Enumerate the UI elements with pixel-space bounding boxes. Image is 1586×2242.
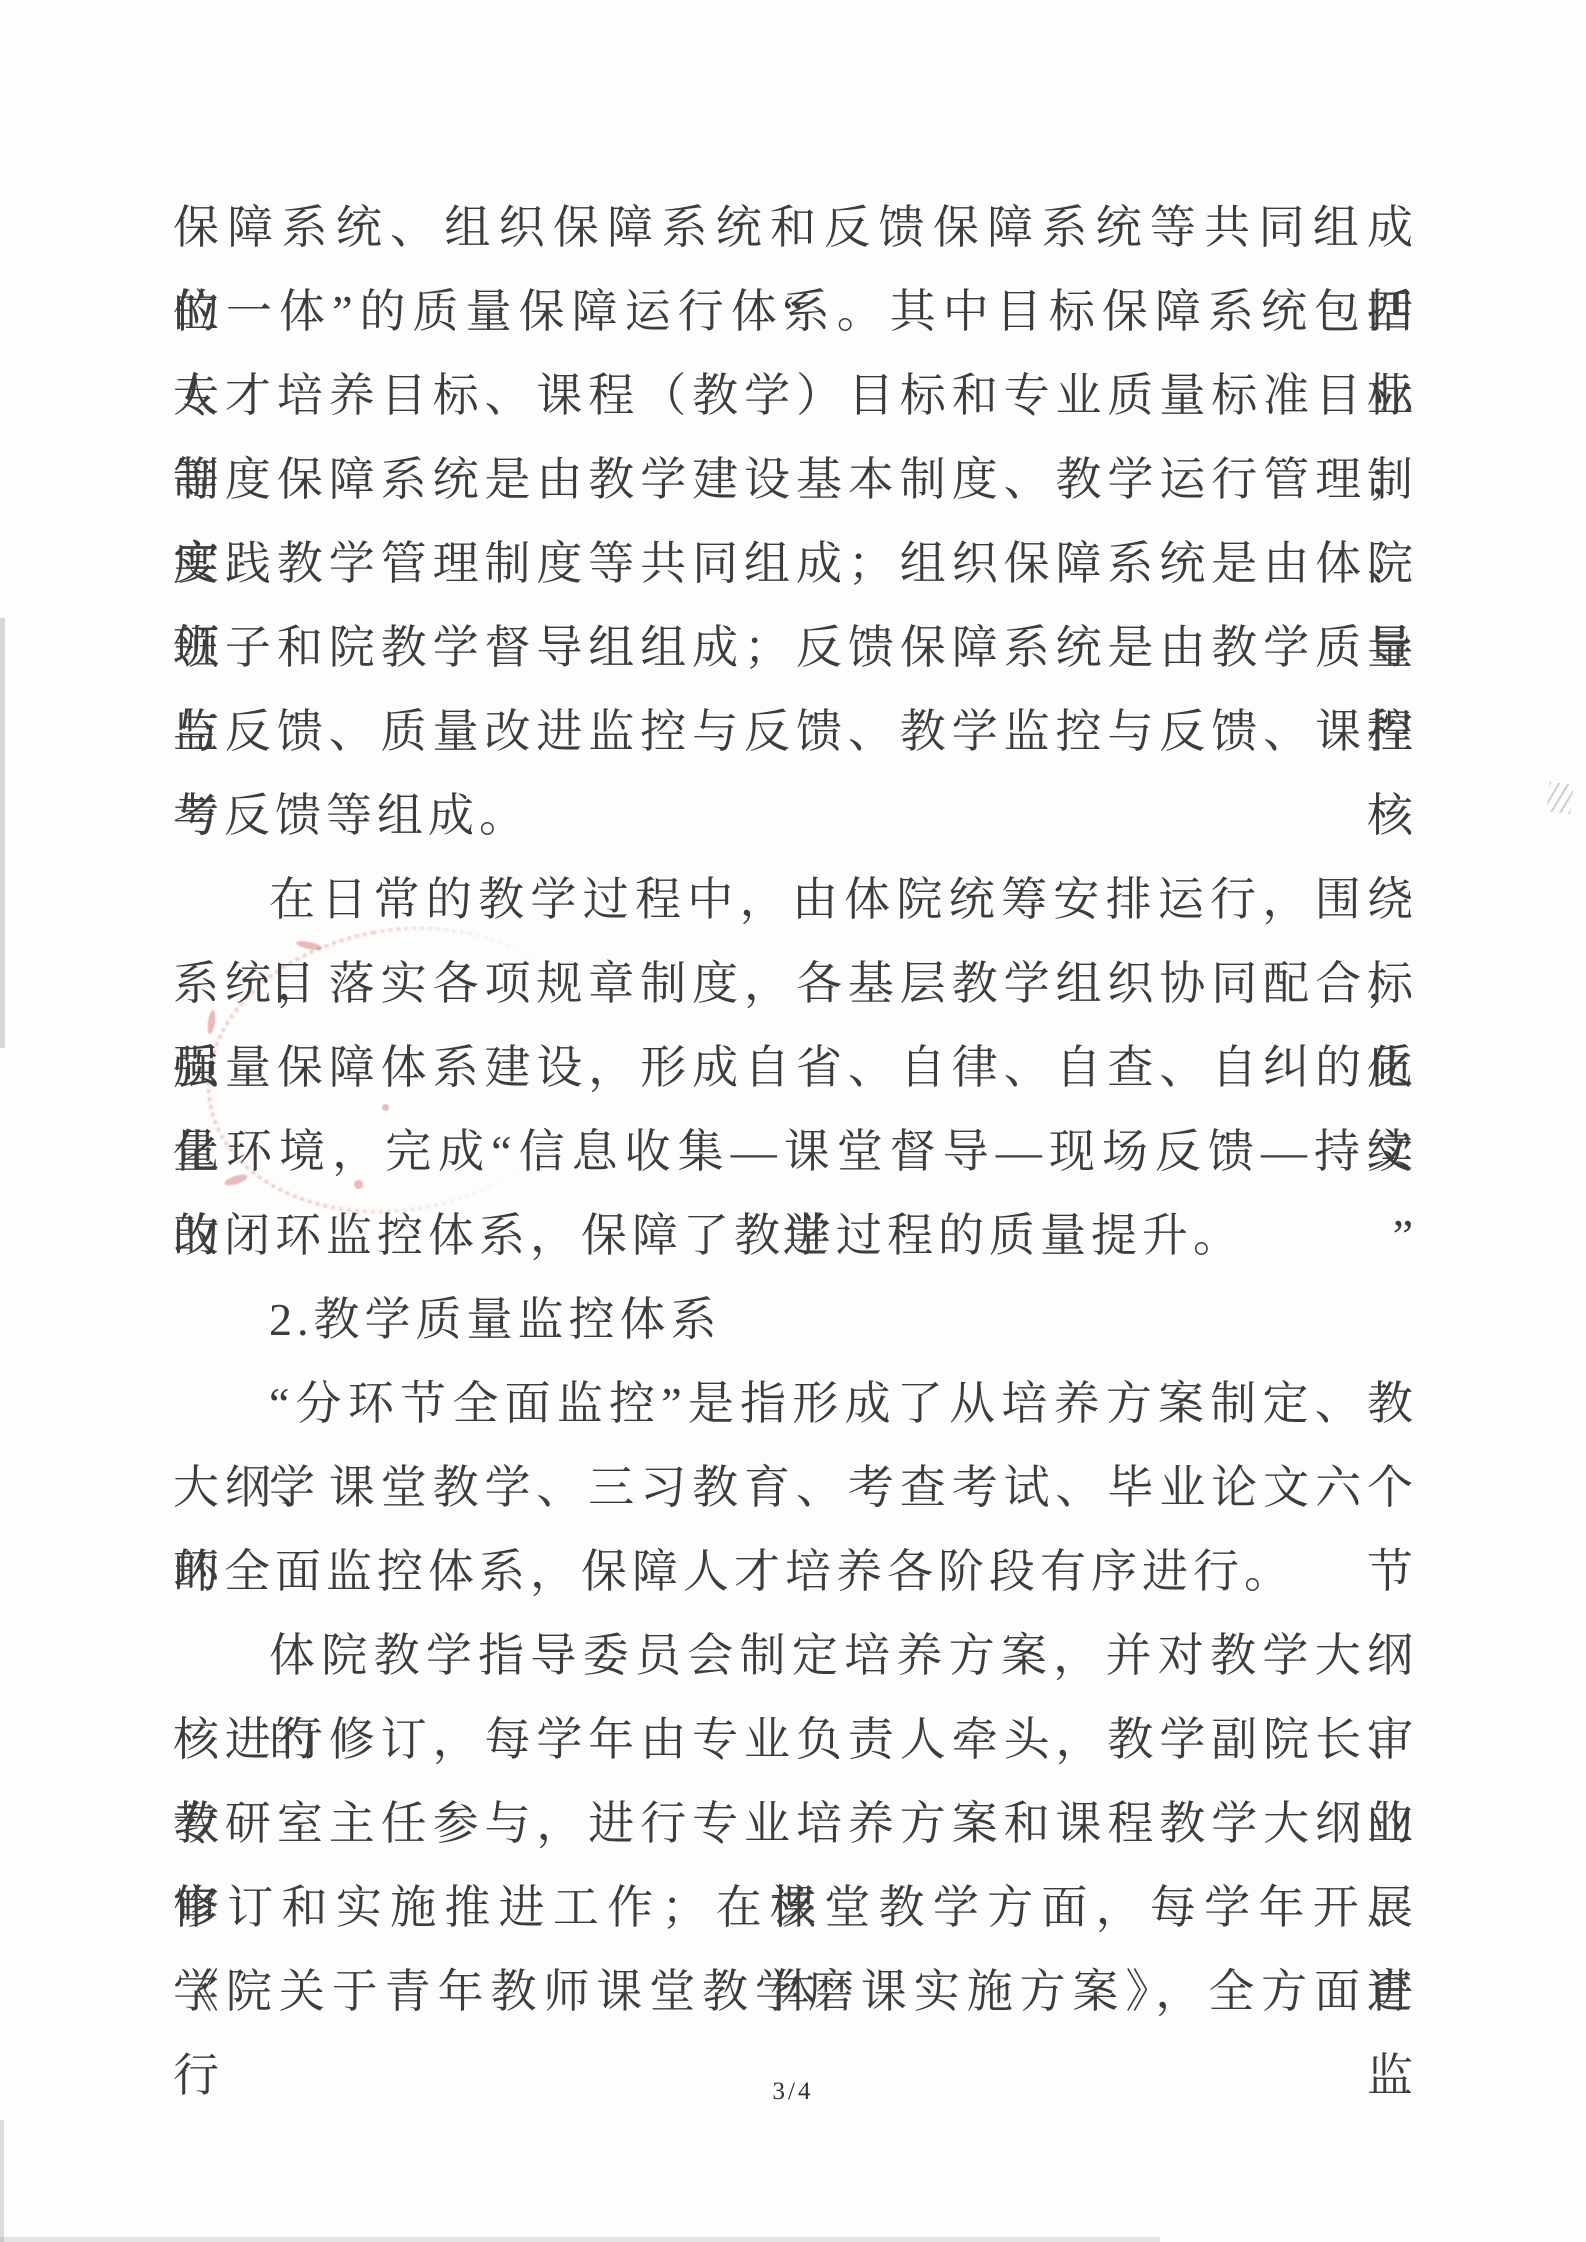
text-line: 学院关于青年教师课堂教学磨课实施方案》，全方面进行监 xyxy=(173,1950,1418,2034)
text-line: 人才培养目标、课程（教学）目标和专业质量标准目标等； xyxy=(173,354,1418,438)
text-line: 位一体”的质量保障运行体系。其中目标保障系统包括专业 xyxy=(173,270,1418,354)
page-number: 3/4 xyxy=(0,2078,1586,2106)
text-line: 的全面监控体系，保障人才培养各阶段有序进行。 xyxy=(173,1530,1418,1614)
text-line: 核进行修订，每学年由专业负责人牵头，教学副院长、专业 xyxy=(173,1698,1418,1782)
text-line: 教研室主任参与，进行专业培养方案和课程教学大纲的审核、 xyxy=(173,1782,1418,1866)
document-page: 保障系统、组织保障系统和反馈保障系统等共同组成的“四位一体”的质量保障运行体系。… xyxy=(0,0,1586,2242)
para-teaching-steering-committee: 体院教学指导委员会制定培养方案，并对教学大纲的审核进行修订，每学年由专业负责人牵… xyxy=(173,1614,1418,2034)
text-line: 大纲、课堂教学、三习教育、考查考试、毕业论文六个环节 xyxy=(173,1446,1418,1530)
para-four-in-one-quality-assurance: 保障系统、组织保障系统和反馈保障系统等共同组成的“四位一体”的质量保障运行体系。… xyxy=(173,186,1418,858)
scan-edge-artifact xyxy=(0,618,5,1048)
text-line: 2.教学质量监控体系 xyxy=(173,1278,1418,1362)
text-line: 系统，落实各项规章制度，各基层教学组织协同配合，强化 xyxy=(173,942,1418,1026)
heading-teaching-quality-monitoring-system: 2.教学质量监控体系 xyxy=(173,1278,1418,1362)
text-line: 质量保障体系建设，形成自省、自律、自查、自纠的质量文 xyxy=(173,1026,1418,1110)
text-line: 体院教学指导委员会制定培养方案，并对教学大纲的审 xyxy=(173,1614,1418,1698)
margin-smudge xyxy=(1546,782,1573,814)
text-line: 与反馈、质量改进监控与反馈、教学监控与反馈、课程考核 xyxy=(173,690,1418,774)
text-line: 化环境，完成“信息收集—课堂督导—现场反馈—持续改进” xyxy=(173,1110,1418,1194)
text-line: 保障系统、组织保障系统和反馈保障系统等共同组成的“四 xyxy=(173,186,1418,270)
para-daily-teaching-process: 在日常的教学过程中，由体院统筹安排运行，围绕目标系统，落实各项规章制度，各基层教… xyxy=(173,858,1418,1278)
scan-edge-artifact xyxy=(0,2237,1160,2242)
text-block: 保障系统、组织保障系统和反馈保障系统等共同组成的“四位一体”的质量保障运行体系。… xyxy=(173,186,1418,2034)
para-full-process-monitoring: “分环节全面监控”是指形成了从培养方案制定、教学大纲、课堂教学、三习教育、考查考… xyxy=(173,1362,1418,1614)
text-line: 班子和院教学督导组组成；反馈保障系统是由教学质量监控 xyxy=(173,606,1418,690)
text-line: 的闭环监控体系，保障了教学过程的质量提升。 xyxy=(173,1194,1418,1278)
text-line: “分环节全面监控”是指形成了从培养方案制定、教学 xyxy=(173,1362,1418,1446)
text-line: 制度保障系统是由教学建设基本制度、教学运行管理制度、 xyxy=(173,438,1418,522)
scan-edge-artifact xyxy=(0,2120,4,2242)
text-line: 修订和实施推进工作；在课堂教学方面，每学年开展《体育 xyxy=(173,1866,1418,1950)
text-line: 实践教学管理制度等共同组成；组织保障系统是由体院领导 xyxy=(173,522,1418,606)
text-line: 在日常的教学过程中，由体院统筹安排运行，围绕目标 xyxy=(173,858,1418,942)
